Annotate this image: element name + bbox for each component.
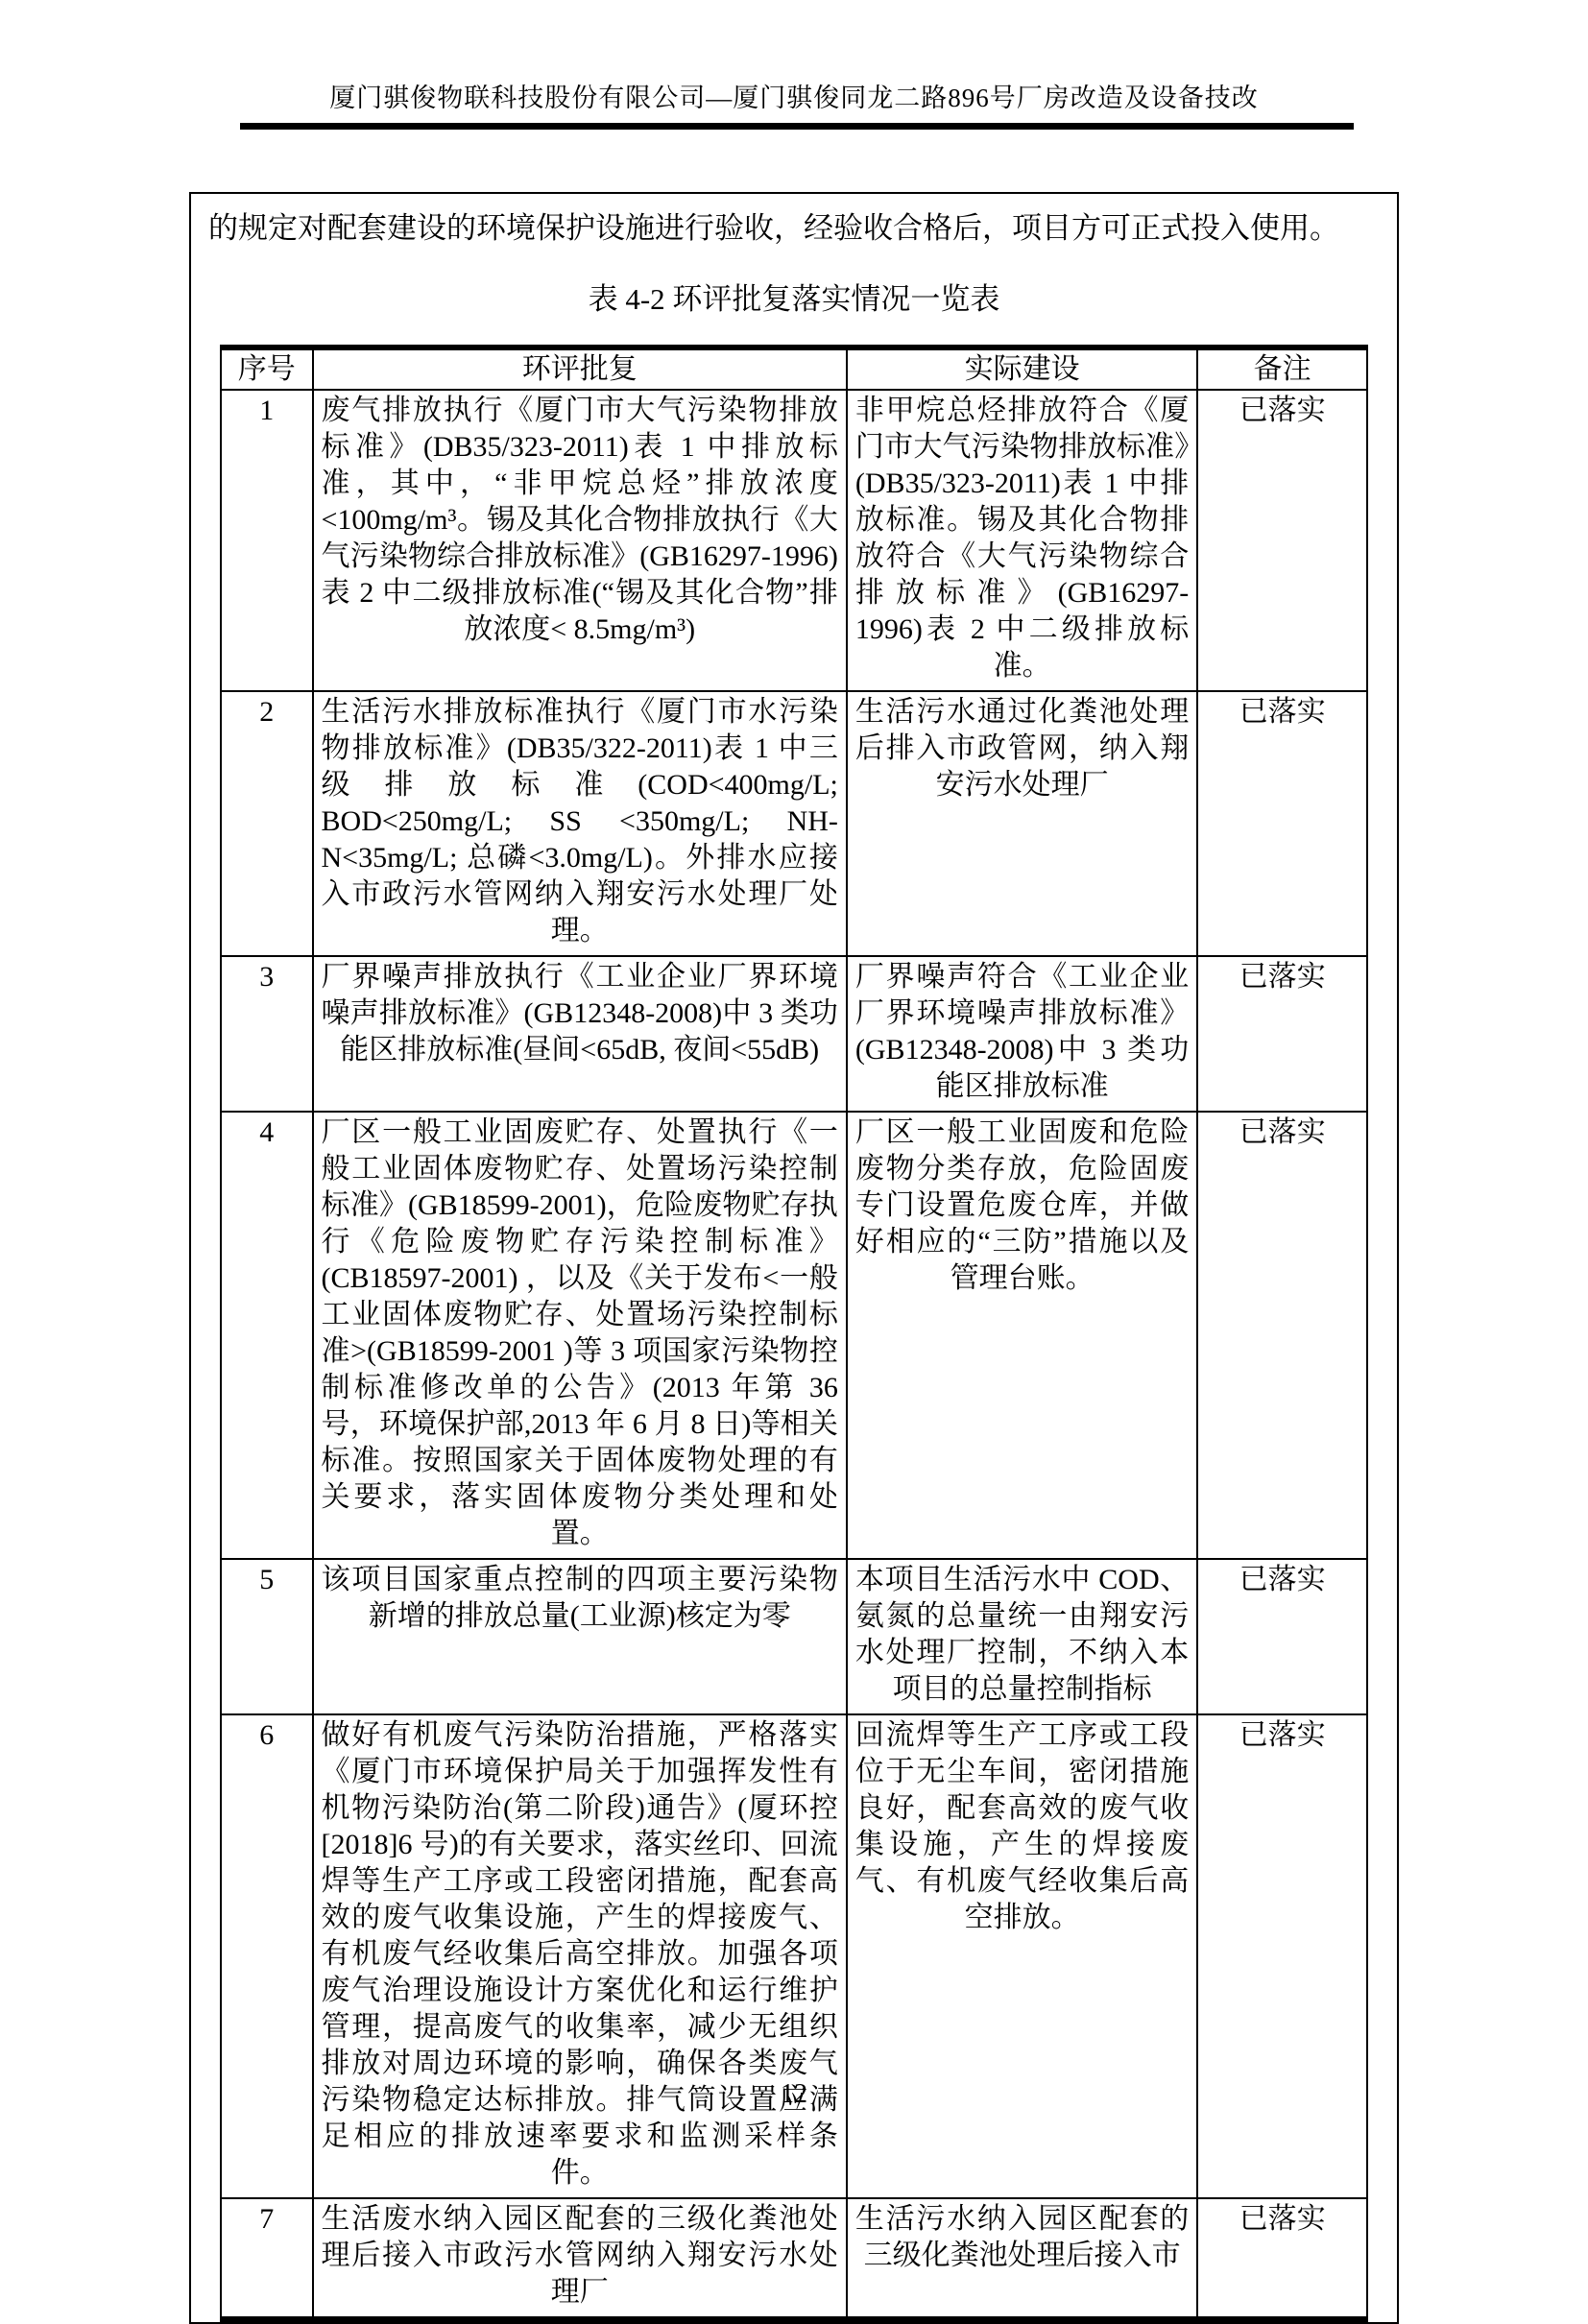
- row-number-cell: 5: [221, 1559, 313, 1714]
- actual-cell: 生活污水纳入园区配套的三级化粪池处理后接入市: [847, 2198, 1197, 2319]
- table-header-row: 序号 环评批复 实际建设 备注: [221, 347, 1367, 390]
- column-header-no: 序号: [221, 347, 313, 390]
- approval-cell: 厂区一般工业固废贮存、处置执行《一般工业固体废物贮存、处置场污染控制标准》(GB…: [313, 1112, 847, 1559]
- actual-cell: 本项目生活污水中 COD、氨氮的总量统一由翔安污水处理厂控制，不纳入本项目的总量…: [847, 1559, 1197, 1714]
- approval-cell: 该项目国家重点控制的四项主要污染物新增的排放总量(工业源)核定为零: [313, 1559, 847, 1714]
- approval-cell: 做好有机废气污染防治措施，严格落实《厦门市环境保护局关于加强挥发性有机物污染防治…: [313, 1714, 847, 2198]
- approval-cell: 废气排放执行《厦门市大气污染物排放标准》(DB35/323-2011)表 1 中…: [313, 390, 847, 691]
- row-number-cell: 1: [221, 390, 313, 691]
- table-row: 2 生活污水排放标准执行《厦门市水污染物排放标准》(DB35/322-2011)…: [221, 691, 1367, 956]
- content-frame: 的规定对配套建设的环境保护设施进行验收，经验收合格后，项目方可正式投入使用。 表…: [189, 192, 1399, 2324]
- approval-cell: 生活废水纳入园区配套的三级化粪池处理后接入市政污水管网纳入翔安污水处理厂: [313, 2198, 847, 2319]
- table-title: 表 4-2 环评批复落实情况一览表: [206, 275, 1382, 318]
- intro-paragraph: 的规定对配套建设的环境保护设施进行验收，经验收合格后，项目方可正式投入使用。: [206, 207, 1382, 250]
- actual-cell: 非甲烷总烃排放符合《厦门市大气污染物排放标准》(DB35/323-2011)表 …: [847, 390, 1197, 691]
- table-row: 5 该项目国家重点控制的四项主要污染物新增的排放总量(工业源)核定为零 本项目生…: [221, 1559, 1367, 1714]
- table-row: 3 厂界噪声排放执行《工业企业厂界环境噪声排放标准》(GB12348-2008)…: [221, 956, 1367, 1112]
- table-row: 6 做好有机废气污染防治措施，严格落实《厦门市环境保护局关于加强挥发性有机物污染…: [221, 1714, 1367, 2198]
- approval-cell: 厂界噪声排放执行《工业企业厂界环境噪声排放标准》(GB12348-2008)中 …: [313, 956, 847, 1112]
- remark-cell: 已落实: [1197, 956, 1367, 1112]
- actual-cell: 厂区一般工业固废和危险废物分类存放，危险固废专门设置危废仓库，并做好相应的“三防…: [847, 1112, 1197, 1559]
- table-row: 4 厂区一般工业固废贮存、处置执行《一般工业固体废物贮存、处置场污染控制标准》(…: [221, 1112, 1367, 1559]
- row-number-cell: 6: [221, 1714, 313, 2198]
- table-row: 7 生活废水纳入园区配套的三级化粪池处理后接入市政污水管网纳入翔安污水处理厂 生…: [221, 2198, 1367, 2319]
- approval-implementation-table: 序号 环评批复 实际建设 备注 1 废气排放执行《厦门市大气污染物排放标准》(D…: [220, 345, 1368, 2322]
- column-header-remark: 备注: [1197, 347, 1367, 390]
- row-number-cell: 7: [221, 2198, 313, 2319]
- column-header-approval: 环评批复: [313, 347, 847, 390]
- actual-cell: 生活污水通过化粪池处理后排入市政管网，纳入翔安污水处理厂: [847, 691, 1197, 956]
- header-divider-rule: [240, 123, 1354, 130]
- table-row: 1 废气排放执行《厦门市大气污染物排放标准》(DB35/323-2011)表 1…: [221, 390, 1367, 691]
- page-number: 12: [189, 2079, 1399, 2110]
- row-number-cell: 3: [221, 956, 313, 1112]
- remark-cell: 已落实: [1197, 691, 1367, 956]
- approval-cell: 生活污水排放标准执行《厦门市水污染物排放标准》(DB35/322-2011)表 …: [313, 691, 847, 956]
- remark-cell: 已落实: [1197, 1714, 1367, 2198]
- remark-cell: 已落实: [1197, 1559, 1367, 1714]
- actual-cell: 回流焊等生产工序或工段位于无尘车间，密闭措施良好，配套高效的废气收集设施，产生的…: [847, 1714, 1197, 2198]
- page-header-title: 厦门骐俊物联科技股份有限公司—厦门骐俊同龙二路896号厂房改造及设备技改: [0, 77, 1588, 114]
- column-header-actual: 实际建设: [847, 347, 1197, 390]
- row-number-cell: 2: [221, 691, 313, 956]
- actual-cell: 厂界噪声符合《工业企业厂界环境噪声排放标准》(GB12348-2008)中 3 …: [847, 956, 1197, 1112]
- row-number-cell: 4: [221, 1112, 313, 1559]
- remark-cell: 已落实: [1197, 390, 1367, 691]
- remark-cell: 已落实: [1197, 2198, 1367, 2319]
- remark-cell: 已落实: [1197, 1112, 1367, 1559]
